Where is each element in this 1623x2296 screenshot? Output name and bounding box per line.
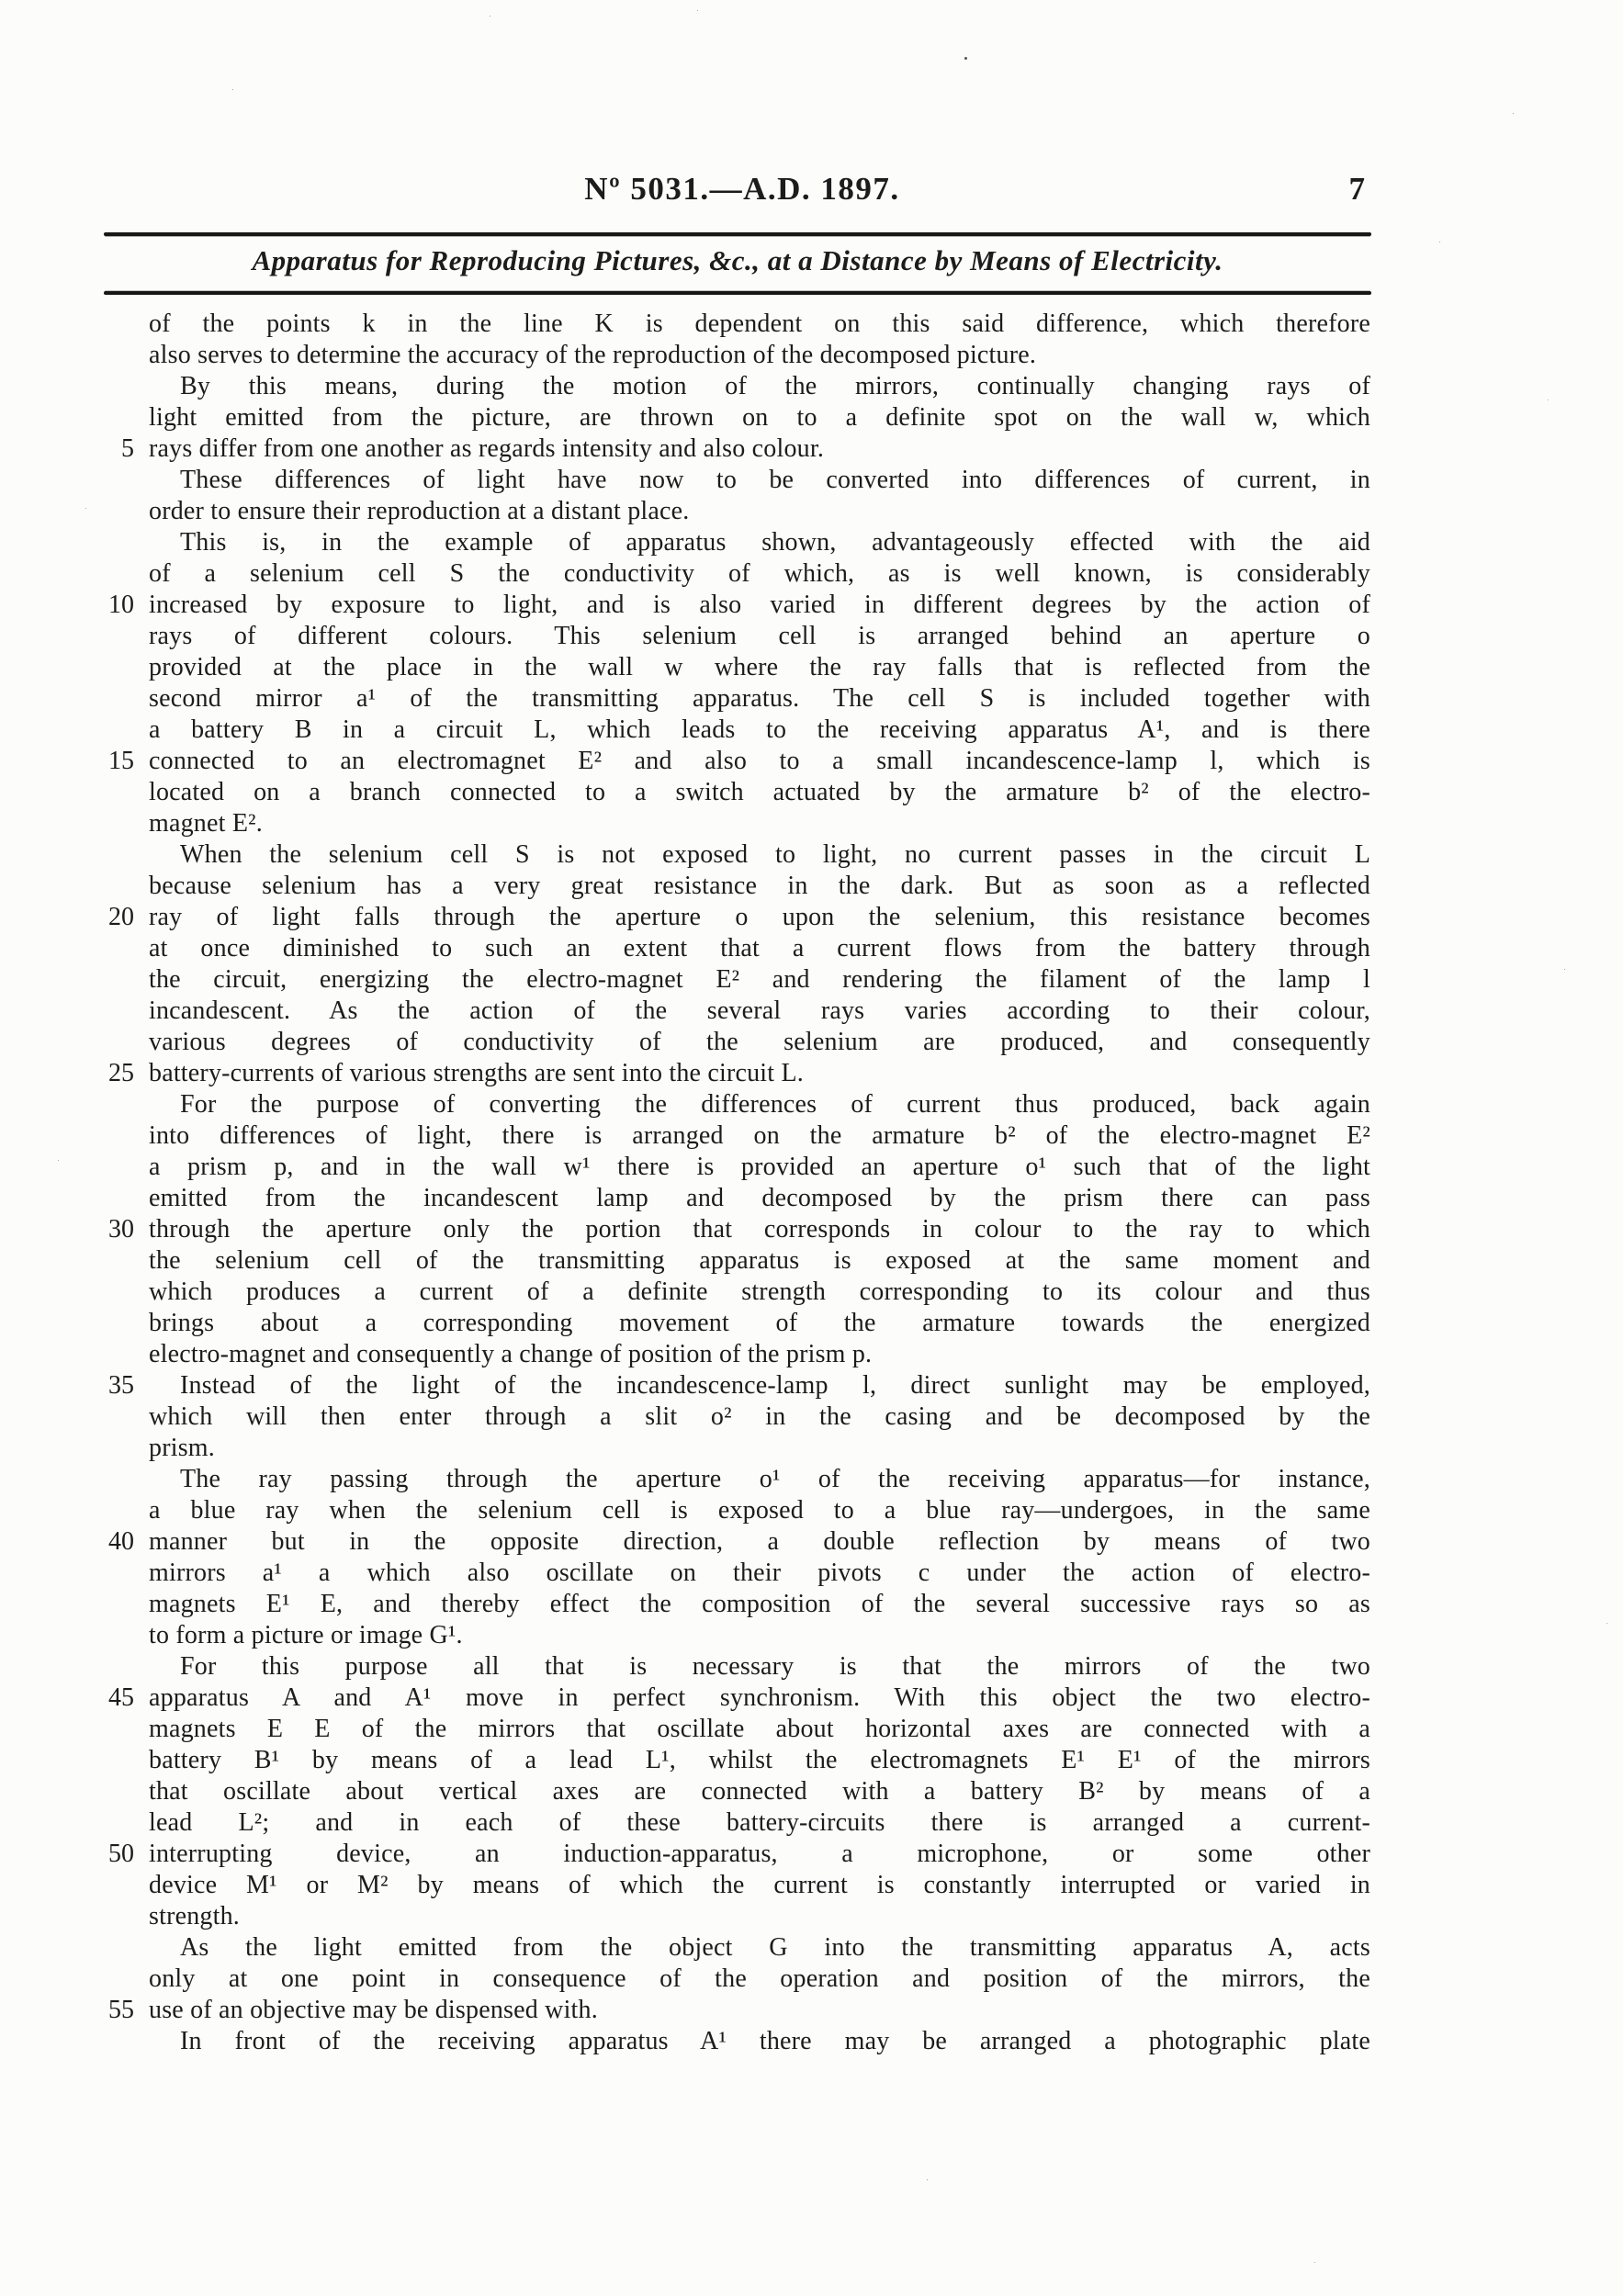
text-line-row: In front of the receiving apparatus A¹ t… <box>0 2026 1370 2057</box>
line-number <box>0 1932 149 1964</box>
text-line: For this purpose all that is necessary i… <box>149 1651 1370 1683</box>
text-line-row: mirrors a¹ a which also oscillate on the… <box>0 1558 1370 1589</box>
text-line-row: also serves to determine the accuracy of… <box>0 340 1370 371</box>
title-rule-top <box>104 232 1371 236</box>
text-line: apparatus A and A¹ move in perfect synch… <box>149 1683 1370 1714</box>
text-line-row: 50interrupting device, an induction-appa… <box>0 1839 1370 1870</box>
text-line-row: The ray passing through the aperture o¹ … <box>0 1464 1370 1495</box>
line-number <box>0 996 149 1027</box>
line-number: 25 <box>0 1058 149 1089</box>
text-line-row: into differences of light, there is arra… <box>0 1120 1370 1152</box>
text-line-row: 25battery-currents of various strengths … <box>0 1058 1370 1089</box>
text-line-row: 10increased by exposure to light, and is… <box>0 590 1370 621</box>
text-line: prism. <box>149 1433 1370 1464</box>
text-line-row: 20ray of light falls through the apertur… <box>0 902 1370 933</box>
text-line: at once diminished to such an extent tha… <box>149 933 1370 964</box>
text-line-row: For the purpose of converting the differ… <box>0 1089 1370 1120</box>
text-line-row: light emitted from the picture, are thro… <box>0 402 1370 433</box>
text-line: mirrors a¹ a which also oscillate on the… <box>149 1558 1370 1589</box>
line-number <box>0 402 149 433</box>
text-line: For the purpose of converting the differ… <box>149 1089 1370 1120</box>
line-number <box>0 1089 149 1120</box>
line-number <box>0 683 149 715</box>
line-number <box>0 1277 149 1308</box>
text-line-row: which will then enter through a slit o² … <box>0 1401 1370 1433</box>
text-line: into differences of light, there is arra… <box>149 1120 1370 1152</box>
page-title: Apparatus for Reproducing Pictures, &c.,… <box>104 244 1371 277</box>
text-line-row: various degrees of conductivity of the s… <box>0 1027 1370 1058</box>
text-line-row: which produces a current of a definite s… <box>0 1277 1370 1308</box>
line-number <box>0 1807 149 1839</box>
text-line-row: the circuit, energizing the electro-magn… <box>0 964 1370 996</box>
line-number: 15 <box>0 746 149 777</box>
text-line-row: only at one point in consequence of the … <box>0 1964 1370 1995</box>
text-line: When the selenium cell S is not exposed … <box>149 839 1370 871</box>
line-number <box>0 340 149 371</box>
body-text: of the points k in the line K is depende… <box>0 309 1370 2057</box>
text-line: The ray passing through the aperture o¹ … <box>149 1464 1370 1495</box>
line-number <box>0 309 149 340</box>
line-number <box>0 839 149 871</box>
line-number <box>0 652 149 683</box>
line-number <box>0 1651 149 1683</box>
patent-number: Nº 5031.—A.D. 1897. <box>108 171 1376 208</box>
line-number <box>0 621 149 652</box>
line-number <box>0 808 149 839</box>
page-header: Nº 5031.—A.D. 1897. 7 <box>108 171 1376 215</box>
text-line-row: device M¹ or M² by means of which the cu… <box>0 1870 1370 1901</box>
line-number <box>0 1589 149 1620</box>
text-line-row: that oscillate about vertical axes are c… <box>0 1776 1370 1807</box>
text-line: to form a picture or image G¹. <box>149 1620 1370 1651</box>
line-number <box>0 465 149 496</box>
line-number <box>0 1495 149 1526</box>
text-line: use of an objective may be dispensed wit… <box>149 1995 1370 2026</box>
text-line: connected to an electromagnet E² and als… <box>149 746 1370 777</box>
text-line-row: electro-magnet and consequently a change… <box>0 1339 1370 1370</box>
line-number <box>0 1339 149 1370</box>
text-line-row: at once diminished to such an extent tha… <box>0 933 1370 964</box>
text-line-row: a prism p, and in the wall w¹ there is p… <box>0 1152 1370 1183</box>
text-line-row: 35Instead of the light of the incandesce… <box>0 1370 1370 1401</box>
text-line-row: battery B¹ by means of a lead L¹, whilst… <box>0 1745 1370 1776</box>
text-line-row: By this means, during the motion of the … <box>0 371 1370 402</box>
line-number <box>0 1558 149 1589</box>
text-line-row: order to ensure their reproduction at a … <box>0 496 1370 527</box>
text-line: second mirror a¹ of the transmitting app… <box>149 683 1370 715</box>
text-line: also serves to determine the accuracy of… <box>149 340 1370 371</box>
text-line: various degrees of conductivity of the s… <box>149 1027 1370 1058</box>
text-line: order to ensure their reproduction at a … <box>149 496 1370 527</box>
text-line: By this means, during the motion of the … <box>149 371 1370 402</box>
line-number: 55 <box>0 1995 149 2026</box>
text-line: magnet E². <box>149 808 1370 839</box>
text-line: of the points k in the line K is depende… <box>149 309 1370 340</box>
text-line: lead L²; and in each of these battery-ci… <box>149 1807 1370 1839</box>
text-line: a prism p, and in the wall w¹ there is p… <box>149 1152 1370 1183</box>
line-number: 40 <box>0 1526 149 1558</box>
text-line: the selenium cell of the transmitting ap… <box>149 1245 1370 1277</box>
text-line: ray of light falls through the aperture … <box>149 902 1370 933</box>
line-number <box>0 1620 149 1651</box>
line-number <box>0 371 149 402</box>
text-line: magnets E¹ E, and thereby effect the com… <box>149 1589 1370 1620</box>
line-number <box>0 871 149 902</box>
text-line-row: This is, in the example of apparatus sho… <box>0 527 1370 558</box>
text-line: strength. <box>149 1901 1370 1932</box>
line-number <box>0 1964 149 1995</box>
text-line-row: of the points k in the line K is depende… <box>0 309 1370 340</box>
text-line: located on a branch connected to a switc… <box>149 777 1370 808</box>
text-line: These differences of light have now to b… <box>149 465 1370 496</box>
text-line: rays of different colours. This selenium… <box>149 621 1370 652</box>
line-number <box>0 933 149 964</box>
text-line-row: the selenium cell of the transmitting ap… <box>0 1245 1370 1277</box>
line-number: 10 <box>0 590 149 621</box>
scan-noise <box>0 0 3 3</box>
text-line-row: 40manner but in the opposite direction, … <box>0 1526 1370 1558</box>
text-line-row: magnets E¹ E, and thereby effect the com… <box>0 1589 1370 1620</box>
line-number <box>0 1027 149 1058</box>
line-number <box>0 1152 149 1183</box>
line-number: 30 <box>0 1214 149 1245</box>
text-line-row: When the selenium cell S is not exposed … <box>0 839 1370 871</box>
line-number <box>0 1464 149 1495</box>
text-line-row: a battery B in a circuit L, which leads … <box>0 715 1370 746</box>
text-line-row: 55use of an objective may be dispensed w… <box>0 1995 1370 2026</box>
line-number <box>0 1714 149 1745</box>
text-line: As the light emitted from the object G i… <box>149 1932 1370 1964</box>
text-line: manner but in the opposite direction, a … <box>149 1526 1370 1558</box>
text-line-row: incandescent. As the action of the sever… <box>0 996 1370 1027</box>
text-line: Instead of the light of the incandescenc… <box>149 1370 1370 1401</box>
text-line-row: provided at the place in the wall w wher… <box>0 652 1370 683</box>
text-line-row: of a selenium cell S the conductivity of… <box>0 558 1370 590</box>
line-number <box>0 496 149 527</box>
text-line: which will then enter through a slit o² … <box>149 1401 1370 1433</box>
text-line-row: 45apparatus A and A¹ move in perfect syn… <box>0 1683 1370 1714</box>
text-line: emitted from the incandescent lamp and d… <box>149 1183 1370 1214</box>
text-line: a battery B in a circuit L, which leads … <box>149 715 1370 746</box>
line-number <box>0 1776 149 1807</box>
text-line: a blue ray when the selenium cell is exp… <box>149 1495 1370 1526</box>
text-line-row: 30through the aperture only the portion … <box>0 1214 1370 1245</box>
line-number <box>0 1245 149 1277</box>
line-number <box>0 777 149 808</box>
text-line-row: because selenium has a very great resist… <box>0 871 1370 902</box>
text-line-row: located on a branch connected to a switc… <box>0 777 1370 808</box>
text-line: brings about a corresponding movement of… <box>149 1308 1370 1339</box>
text-line-row: magnet E². <box>0 808 1370 839</box>
text-line: electro-magnet and consequently a change… <box>149 1339 1370 1370</box>
text-line: battery-currents of various strengths ar… <box>149 1058 1370 1089</box>
text-line: magnets E E of the mirrors that oscillat… <box>149 1714 1370 1745</box>
line-number <box>0 558 149 590</box>
line-number <box>0 1901 149 1932</box>
text-line-row: For this purpose all that is necessary i… <box>0 1651 1370 1683</box>
text-line-row: These differences of light have now to b… <box>0 465 1370 496</box>
line-number: 45 <box>0 1683 149 1714</box>
line-number <box>0 2026 149 2057</box>
line-number <box>0 527 149 558</box>
text-line-row: to form a picture or image G¹. <box>0 1620 1370 1651</box>
text-line: because selenium has a very great resist… <box>149 871 1370 902</box>
text-line: In front of the receiving apparatus A¹ t… <box>149 2026 1370 2057</box>
text-line-row: 15connected to an electromagnet E² and a… <box>0 746 1370 777</box>
text-line: that oscillate about vertical axes are c… <box>149 1776 1370 1807</box>
text-line: battery B¹ by means of a lead L¹, whilst… <box>149 1745 1370 1776</box>
text-line: through the aperture only the portion th… <box>149 1214 1370 1245</box>
line-number: 5 <box>0 433 149 465</box>
text-line-row: strength. <box>0 1901 1370 1932</box>
patent-page: Nº 5031.—A.D. 1897. 7 Apparatus for Repr… <box>0 0 1623 2296</box>
line-number <box>0 715 149 746</box>
line-number <box>0 1183 149 1214</box>
text-line: interrupting device, an induction-appara… <box>149 1839 1370 1870</box>
line-number: 50 <box>0 1839 149 1870</box>
text-line: rays differ from one another as regards … <box>149 433 1370 465</box>
text-line-row: lead L²; and in each of these battery-ci… <box>0 1807 1370 1839</box>
page-number: 7 <box>1349 171 1366 208</box>
text-line-row: brings about a corresponding movement of… <box>0 1308 1370 1339</box>
text-line: which produces a current of a definite s… <box>149 1277 1370 1308</box>
line-number <box>0 1870 149 1901</box>
text-line-row: As the light emitted from the object G i… <box>0 1932 1370 1964</box>
text-line: incandescent. As the action of the sever… <box>149 996 1370 1027</box>
text-line: the circuit, energizing the electro-magn… <box>149 964 1370 996</box>
line-number <box>0 1308 149 1339</box>
text-line: of a selenium cell S the conductivity of… <box>149 558 1370 590</box>
text-line: device M¹ or M² by means of which the cu… <box>149 1870 1370 1901</box>
text-line-row: rays of different colours. This selenium… <box>0 621 1370 652</box>
line-number <box>0 1745 149 1776</box>
line-number: 35 <box>0 1370 149 1401</box>
text-line-row: magnets E E of the mirrors that oscillat… <box>0 1714 1370 1745</box>
line-number <box>0 1433 149 1464</box>
line-number <box>0 1401 149 1433</box>
text-line: only at one point in consequence of the … <box>149 1964 1370 1995</box>
title-rule-bottom <box>104 291 1371 295</box>
text-line: This is, in the example of apparatus sho… <box>149 527 1370 558</box>
text-line-row: emitted from the incandescent lamp and d… <box>0 1183 1370 1214</box>
line-number <box>0 964 149 996</box>
line-number: 20 <box>0 902 149 933</box>
text-line-row: prism. <box>0 1433 1370 1464</box>
text-line: light emitted from the picture, are thro… <box>149 402 1370 433</box>
text-line-row: a blue ray when the selenium cell is exp… <box>0 1495 1370 1526</box>
text-line-row: second mirror a¹ of the transmitting app… <box>0 683 1370 715</box>
line-number <box>0 1120 149 1152</box>
text-line-row: 5rays differ from one another as regards… <box>0 433 1370 465</box>
text-line: increased by exposure to light, and is a… <box>149 590 1370 621</box>
text-line: provided at the place in the wall w wher… <box>149 652 1370 683</box>
